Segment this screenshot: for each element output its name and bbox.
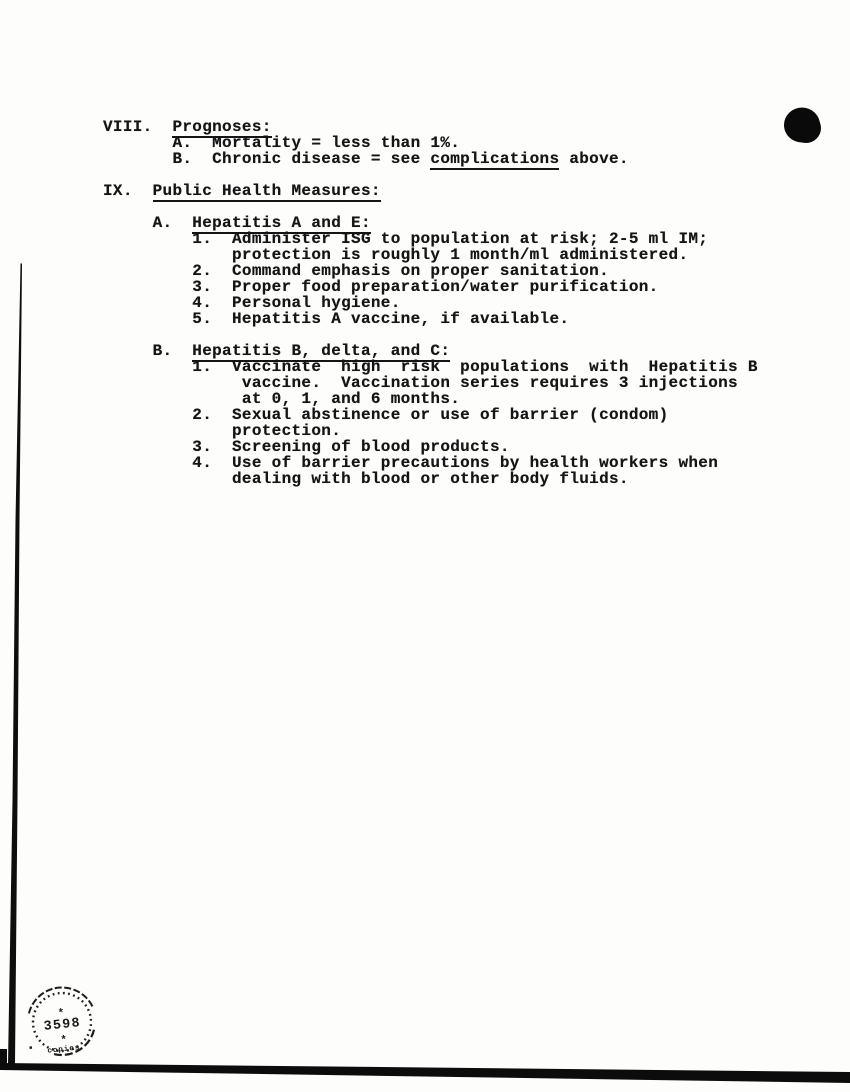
scan-streak-left bbox=[8, 263, 22, 1064]
text-line: 3. Proper food preparation/water purific… bbox=[103, 279, 758, 295]
text-line: 4. Personal hygiene. bbox=[103, 295, 758, 311]
stamp-arc-top bbox=[27, 984, 93, 1013]
text-line: IX. Public Health Measures: bbox=[103, 183, 758, 199]
punch-hole-mark-inner bbox=[791, 113, 821, 143]
stamp-dotted-ring bbox=[30, 990, 94, 1054]
text-line: at 0, 1, and 6 months. bbox=[103, 391, 758, 407]
text-line: protection is roughly 1 month/ml adminis… bbox=[103, 247, 758, 263]
punch-hole-mark bbox=[784, 108, 820, 143]
stamp-dot-left bbox=[29, 1046, 32, 1049]
text-line: 4. Use of barrier precautions by health … bbox=[103, 455, 758, 471]
scanned-page: VIII. Prognoses: A. Mortality = less tha… bbox=[0, 0, 850, 1092]
stamp-star-top-icon: * bbox=[57, 1008, 65, 1021]
underlined-text-segment: Public Health Measures: bbox=[153, 182, 381, 202]
copies-stamp: * 3598 * copies bbox=[24, 984, 98, 1058]
text-line bbox=[103, 327, 758, 343]
text-segment: B. Chronic disease = see bbox=[103, 150, 430, 168]
text-line: 2. Command emphasis on proper sanitation… bbox=[103, 263, 758, 279]
text-segment: 5. Hepatitis A vaccine, if available. bbox=[103, 310, 569, 328]
text-line: 1. Vaccinate high risk populations with … bbox=[103, 359, 758, 375]
text-line: 1. Administer ISG to population at risk;… bbox=[103, 231, 758, 247]
text-segment: dealing with blood or other body fluids. bbox=[103, 470, 629, 488]
text-line: protection. bbox=[103, 423, 758, 439]
stamp-number: 3598 bbox=[43, 1016, 82, 1035]
scan-mark-bottom-left bbox=[0, 1049, 7, 1064]
text-line: A. Hepatitis A and E: bbox=[103, 215, 758, 231]
stamp-star-bottom-icon: * bbox=[60, 1035, 68, 1048]
text-line: dealing with blood or other body fluids. bbox=[103, 471, 758, 487]
stamp-word: copies bbox=[47, 1044, 81, 1055]
scan-bar-bottom bbox=[0, 1063, 850, 1083]
stamp-arc-bottom-right bbox=[52, 1030, 96, 1056]
underlined-text-segment: complications bbox=[430, 150, 559, 170]
text-line: A. Mortality = less than 1%. bbox=[103, 135, 758, 151]
text-segment: above. bbox=[559, 150, 628, 168]
text-line: vaccine. Vaccination series requires 3 i… bbox=[103, 375, 758, 391]
text-line: 5. Hepatitis A vaccine, if available. bbox=[103, 311, 758, 327]
text-line: VIII. Prognoses: bbox=[103, 119, 758, 135]
document-text: VIII. Prognoses: A. Mortality = less tha… bbox=[103, 119, 758, 487]
text-line: B. Hepatitis B, delta, and C: bbox=[103, 343, 758, 359]
text-line: B. Chronic disease = see complications a… bbox=[103, 151, 758, 167]
text-line: 3. Screening of blood products. bbox=[103, 439, 758, 455]
text-line: 2. Sexual abstinence or use of barrier (… bbox=[103, 407, 758, 423]
